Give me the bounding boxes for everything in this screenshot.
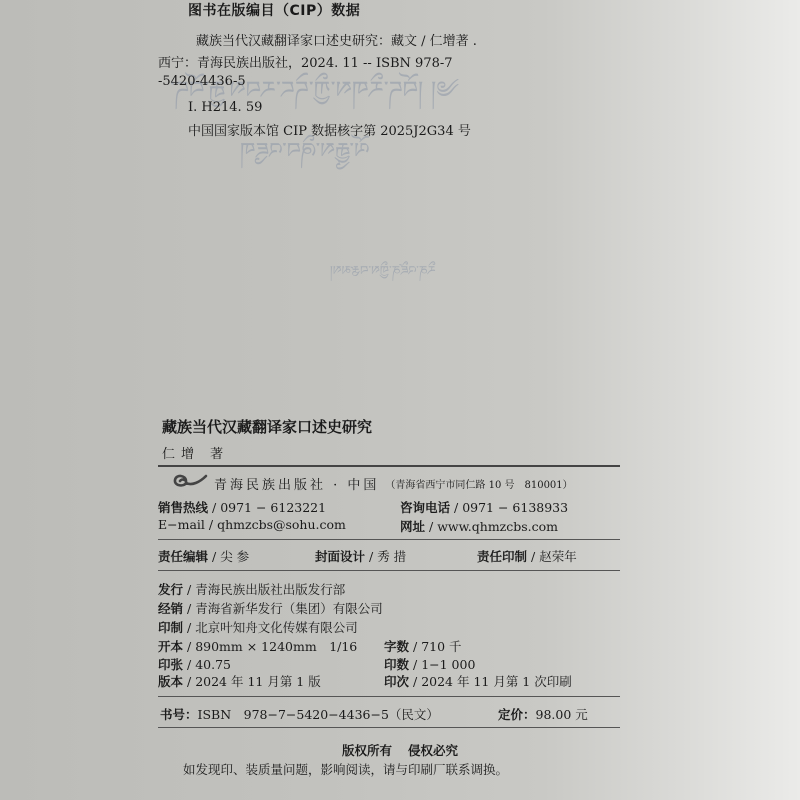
printed-sheets: 印张 / 40.75 (158, 655, 231, 673)
divider (158, 727, 620, 728)
website: 网址 / www.qhmzcbs.com (400, 517, 558, 535)
copyright-notice: 版权所有侵权必究 (0, 741, 800, 759)
dealer: 经销 / 青海省新华发行（集团）有限公司 (158, 599, 383, 617)
publisher-address: （青海省西宁市同仁路 10 号 810001） (385, 476, 572, 491)
impression: 印次 / 2024 年 11 月第 1 次印刷 (384, 672, 572, 690)
credit-editor: 责任编辑 / 尖 参 (158, 547, 249, 565)
divider (158, 570, 620, 571)
sales-hotline: 销售热线 / 0971 − 6123221 (158, 498, 326, 516)
cip-line-3: -5420-4436-5 (158, 74, 246, 89)
copyright-page: ༄། །བོད་རིགས་ཀྱི་དེང་རབས་རྒྱ་བོད་ ལོ་རྒྱ… (0, 0, 800, 800)
publisher-logo-icon (172, 472, 208, 494)
cip-record-number: 中国国家版本馆 CIP 数据核字第 2025J2G34 号 (188, 120, 471, 139)
price-value: 98.00 元 (536, 707, 588, 722)
printer: 印制 / 北京叶知舟文化传媒有限公司 (158, 618, 358, 636)
credit-print-supervisor: 责任印制 / 赵荣年 (477, 547, 577, 565)
isbn-row: 书号：ISBN 978−7−5420−4436−5（民文） (160, 705, 439, 723)
cip-classification: I. H214. 59 (188, 100, 262, 115)
consult-phone: 咨询电话 / 0971 − 6138933 (400, 498, 568, 516)
email: E−mail / qhmzcbs@sohu.com (158, 517, 346, 532)
publisher-name: 青海民族出版社 · 中国 (214, 474, 379, 493)
edition: 版本 / 2024 年 11 月第 1 版 (158, 672, 321, 690)
publisher-row: 青海民族出版社 · 中国 （青海省西宁市同仁路 10 号 810001） (172, 472, 573, 494)
website-link[interactable]: www.qhmzcbs.com (437, 519, 558, 534)
distribution: 发行 / 青海民族出版社出版发行部 (158, 580, 345, 598)
divider (158, 539, 620, 540)
book-author: 仁增 著 (162, 443, 229, 462)
quality-notice: 如发现印、装质量问题，影响阅读，请与印刷厂联系调换。 (183, 760, 508, 778)
email-link[interactable]: qhmzcbs@sohu.com (217, 517, 346, 532)
book-format: 开本 / 890mm × 1240mm 1/16 (158, 637, 357, 655)
isbn-number: ISBN 978−7−5420−4436−5（民文） (198, 707, 439, 722)
divider (158, 465, 620, 467)
cip-line-1: 藏族当代汉藏翻译家口述史研究：藏文 / 仁增著 . (196, 30, 477, 49)
credit-cover-design: 封面设计 / 秀 措 (315, 547, 406, 565)
book-title: 藏族当代汉藏翻译家口述史研究 (162, 416, 372, 437)
cip-line-2: 西宁：青海民族出版社，2024. 11 -- ISBN 978-7 (158, 52, 453, 71)
price: 定价：98.00 元 (498, 705, 588, 723)
show-through-tibetan-line-3: རིན་འཛིན་གྱིས་བརྩམས། (330, 256, 436, 293)
divider (158, 696, 620, 697)
word-count: 字数 / 710 千 (384, 637, 462, 655)
print-run: 印数 / 1−1 000 (384, 655, 475, 673)
cip-heading: 图书在版编目（CIP）数据 (188, 0, 360, 20)
